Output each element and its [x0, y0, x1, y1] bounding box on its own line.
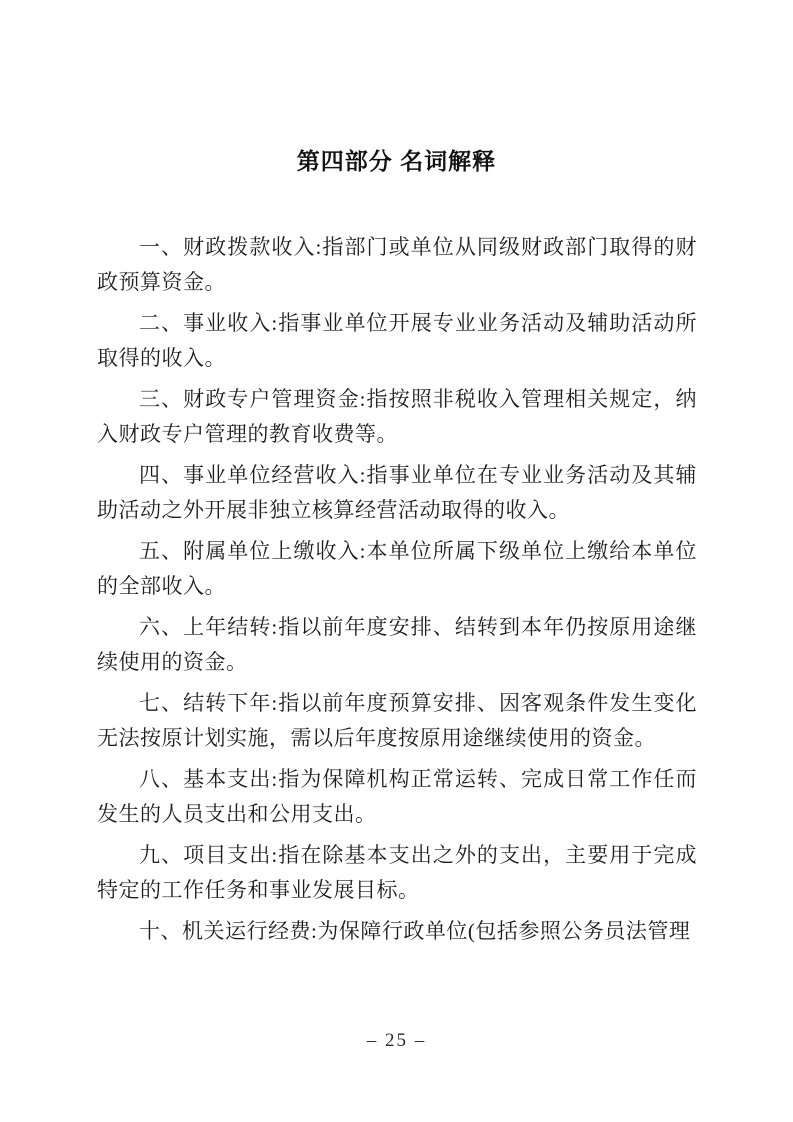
definition-paragraph: 六、上年结转:指以前年度安排、结转到本年仍按原用途继续使用的资金。 — [97, 610, 697, 680]
definition-paragraph: 十、机关运行经费:为保障行政单位(包括参照公务员法管理 — [97, 914, 697, 949]
definition-paragraph: 五、附属单位上缴收入:本单位所属下级单位上缴给本单位的全部收入。 — [97, 534, 697, 604]
definition-paragraph: 一、财政拨款收入:指部门或单位从同级财政部门取得的财政预算资金。 — [97, 230, 697, 300]
document-page: 第四部分 名词解释 一、财政拨款收入:指部门或单位从同级财政部门取得的财政预算资… — [0, 0, 793, 1122]
page-footer: – 25 – — [0, 1030, 793, 1052]
definitions-section: 一、财政拨款收入:指部门或单位从同级财政部门取得的财政预算资金。二、事业收入:指… — [97, 230, 697, 949]
page-title: 第四部分 名词解释 — [0, 0, 793, 174]
definition-paragraph: 九、项目支出:指在除基本支出之外的支出，主要用于完成特定的工作任务和事业发展目标… — [97, 838, 697, 908]
definition-paragraph: 八、基本支出:指为保障机构正常运转、完成日常工作任而发生的人员支出和公用支出。 — [97, 762, 697, 832]
definition-paragraph: 三、财政专户管理资金:指按照非税收入管理相关规定，纳入财政专户管理的教育收费等。 — [97, 382, 697, 452]
page-number: – 25 – — [367, 1030, 427, 1051]
definition-paragraph: 二、事业收入:指事业单位开展专业业务活动及辅助活动所取得的收入。 — [97, 306, 697, 376]
definition-paragraph: 四、事业单位经营收入:指事业单位在专业业务活动及其辅助活动之外开展非独立核算经营… — [97, 458, 697, 528]
definition-paragraph: 七、结转下年:指以前年度预算安排、因客观条件发生变化无法按原计划实施，需以后年度… — [97, 686, 697, 756]
